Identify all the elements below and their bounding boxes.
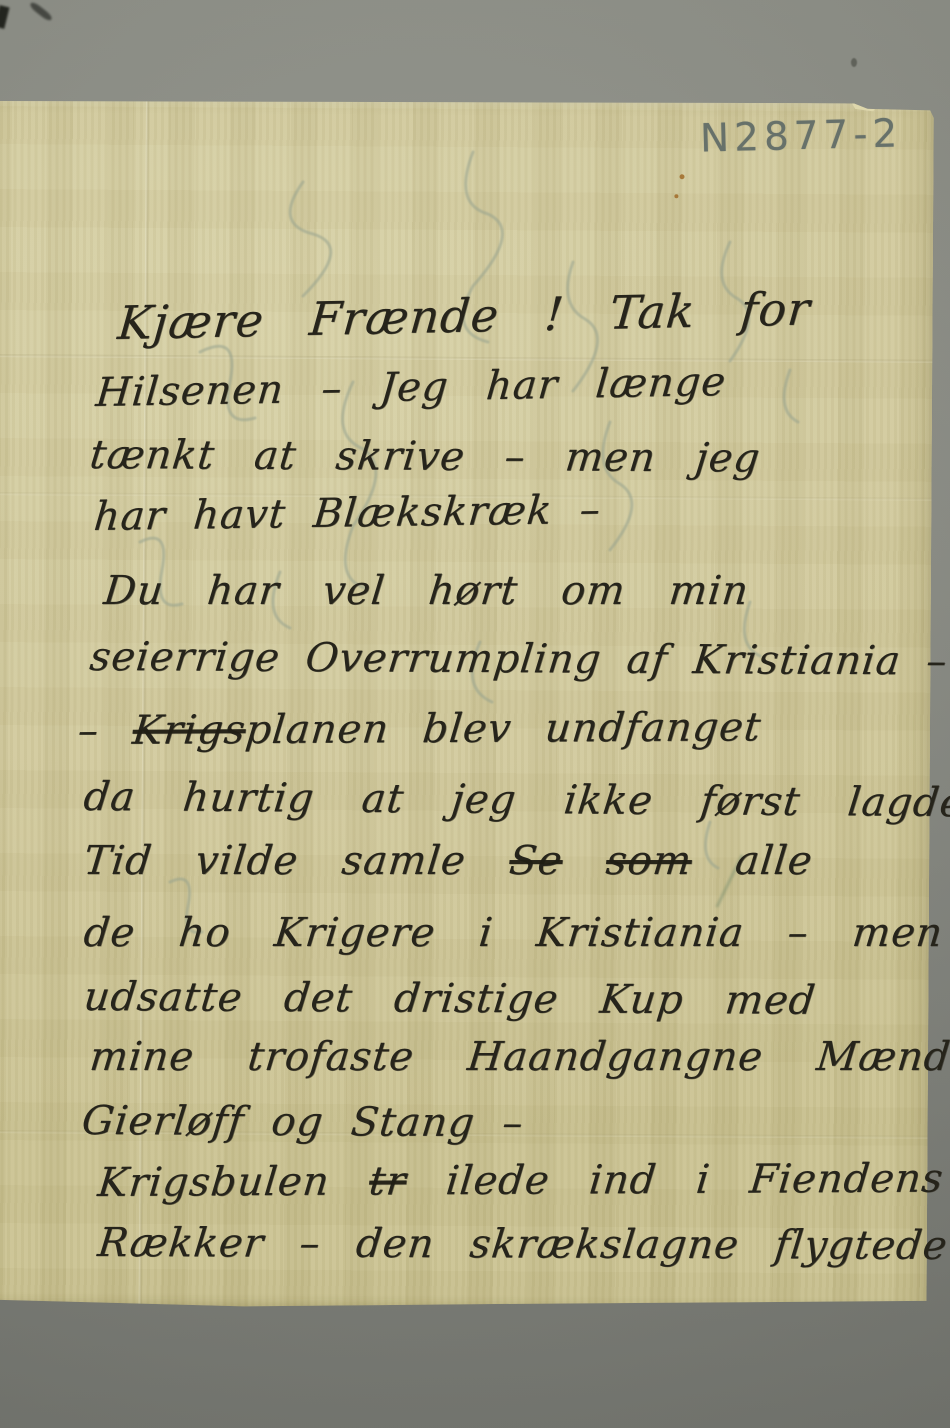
paper-speck <box>680 174 685 179</box>
handwriting-line: da hurtig at jeg ikke først lagde <box>81 774 950 826</box>
handwriting-segment: alle <box>689 838 815 884</box>
struck-out-word: som <box>604 838 694 884</box>
struck-out-word: tr <box>367 1158 409 1204</box>
handwriting-segment: har havt Blækskræk – <box>92 487 603 540</box>
mat-edge-mark <box>0 5 10 29</box>
handwriting-segment: da hurtig at jeg ikke først lagde <box>81 774 950 826</box>
handwriting-segment: mine trofaste Haandgangne Mænd <box>88 1034 950 1080</box>
handwriting-line: Rækker – den skrækslagne flygtede <box>96 1220 950 1269</box>
mat-smudge-mark <box>29 1 54 23</box>
handwriting-segment: tænkt at skrive – men jeg <box>87 432 762 481</box>
handwriting-segment: Krigsbulen <box>96 1159 372 1206</box>
handwriting-segment: Du har vel hørt om min <box>102 568 752 614</box>
handwriting-line: – Krigsplanen blev undfanget <box>76 704 764 754</box>
handwriting-segment: – <box>76 708 135 754</box>
handwriting-segment: de ho Krigere i Kristiania – men <box>82 910 946 956</box>
handwriting-line: Du har vel hørt om min <box>102 568 752 614</box>
paper-speck <box>674 194 678 198</box>
handwriting-segment <box>560 838 609 884</box>
paper-edge-notch <box>852 103 878 111</box>
handwriting-line: Gierløff og Stang – <box>79 1098 526 1146</box>
handwriting-line: Tid vilde samle Se som alle <box>82 838 815 884</box>
handwriting-segment: ilede ind i Fiendens <box>404 1156 945 1205</box>
handwriting-segment: planen blev undfanget <box>243 704 763 753</box>
struck-out-word: Se <box>507 838 565 884</box>
handwriting-line: seierrige Overrumpling af Kristiania – <box>87 634 950 684</box>
catalog-number-pencil: N2877-2 <box>699 111 902 161</box>
handwriting-line: tænkt at skrive – men jeg <box>87 432 762 481</box>
handwriting-line: har havt Blækskræk – <box>92 487 603 540</box>
handwriting-line: de ho Krigere i Kristiania – men <box>82 910 946 956</box>
handwriting-line: Krigsbulen tr ilede ind i Fiendens <box>96 1156 946 1206</box>
handwriting-segment: Rækker – den skrækslagne flygtede <box>96 1220 950 1269</box>
handwriting-segment: seierrige Overrumpling af Kristiania – <box>87 634 950 684</box>
handwriting-line: udsatte det dristige Kup med <box>81 974 818 1024</box>
struck-out-word: Krigs <box>130 707 248 754</box>
handwriting-segment: udsatte det dristige Kup med <box>81 974 818 1024</box>
handwriting-segment: Tid vilde samle <box>82 838 512 884</box>
letter-scan-photo: N2877-2 Kjære Frænde ! Tak forHilsenen –… <box>0 0 950 1428</box>
handwriting-line: mine trofaste Haandgangne Mænd <box>88 1034 950 1080</box>
mat-speck <box>851 58 857 67</box>
handwriting-segment: Gierløff og Stang – <box>79 1098 526 1146</box>
fold-crease-horizontal <box>0 354 932 363</box>
